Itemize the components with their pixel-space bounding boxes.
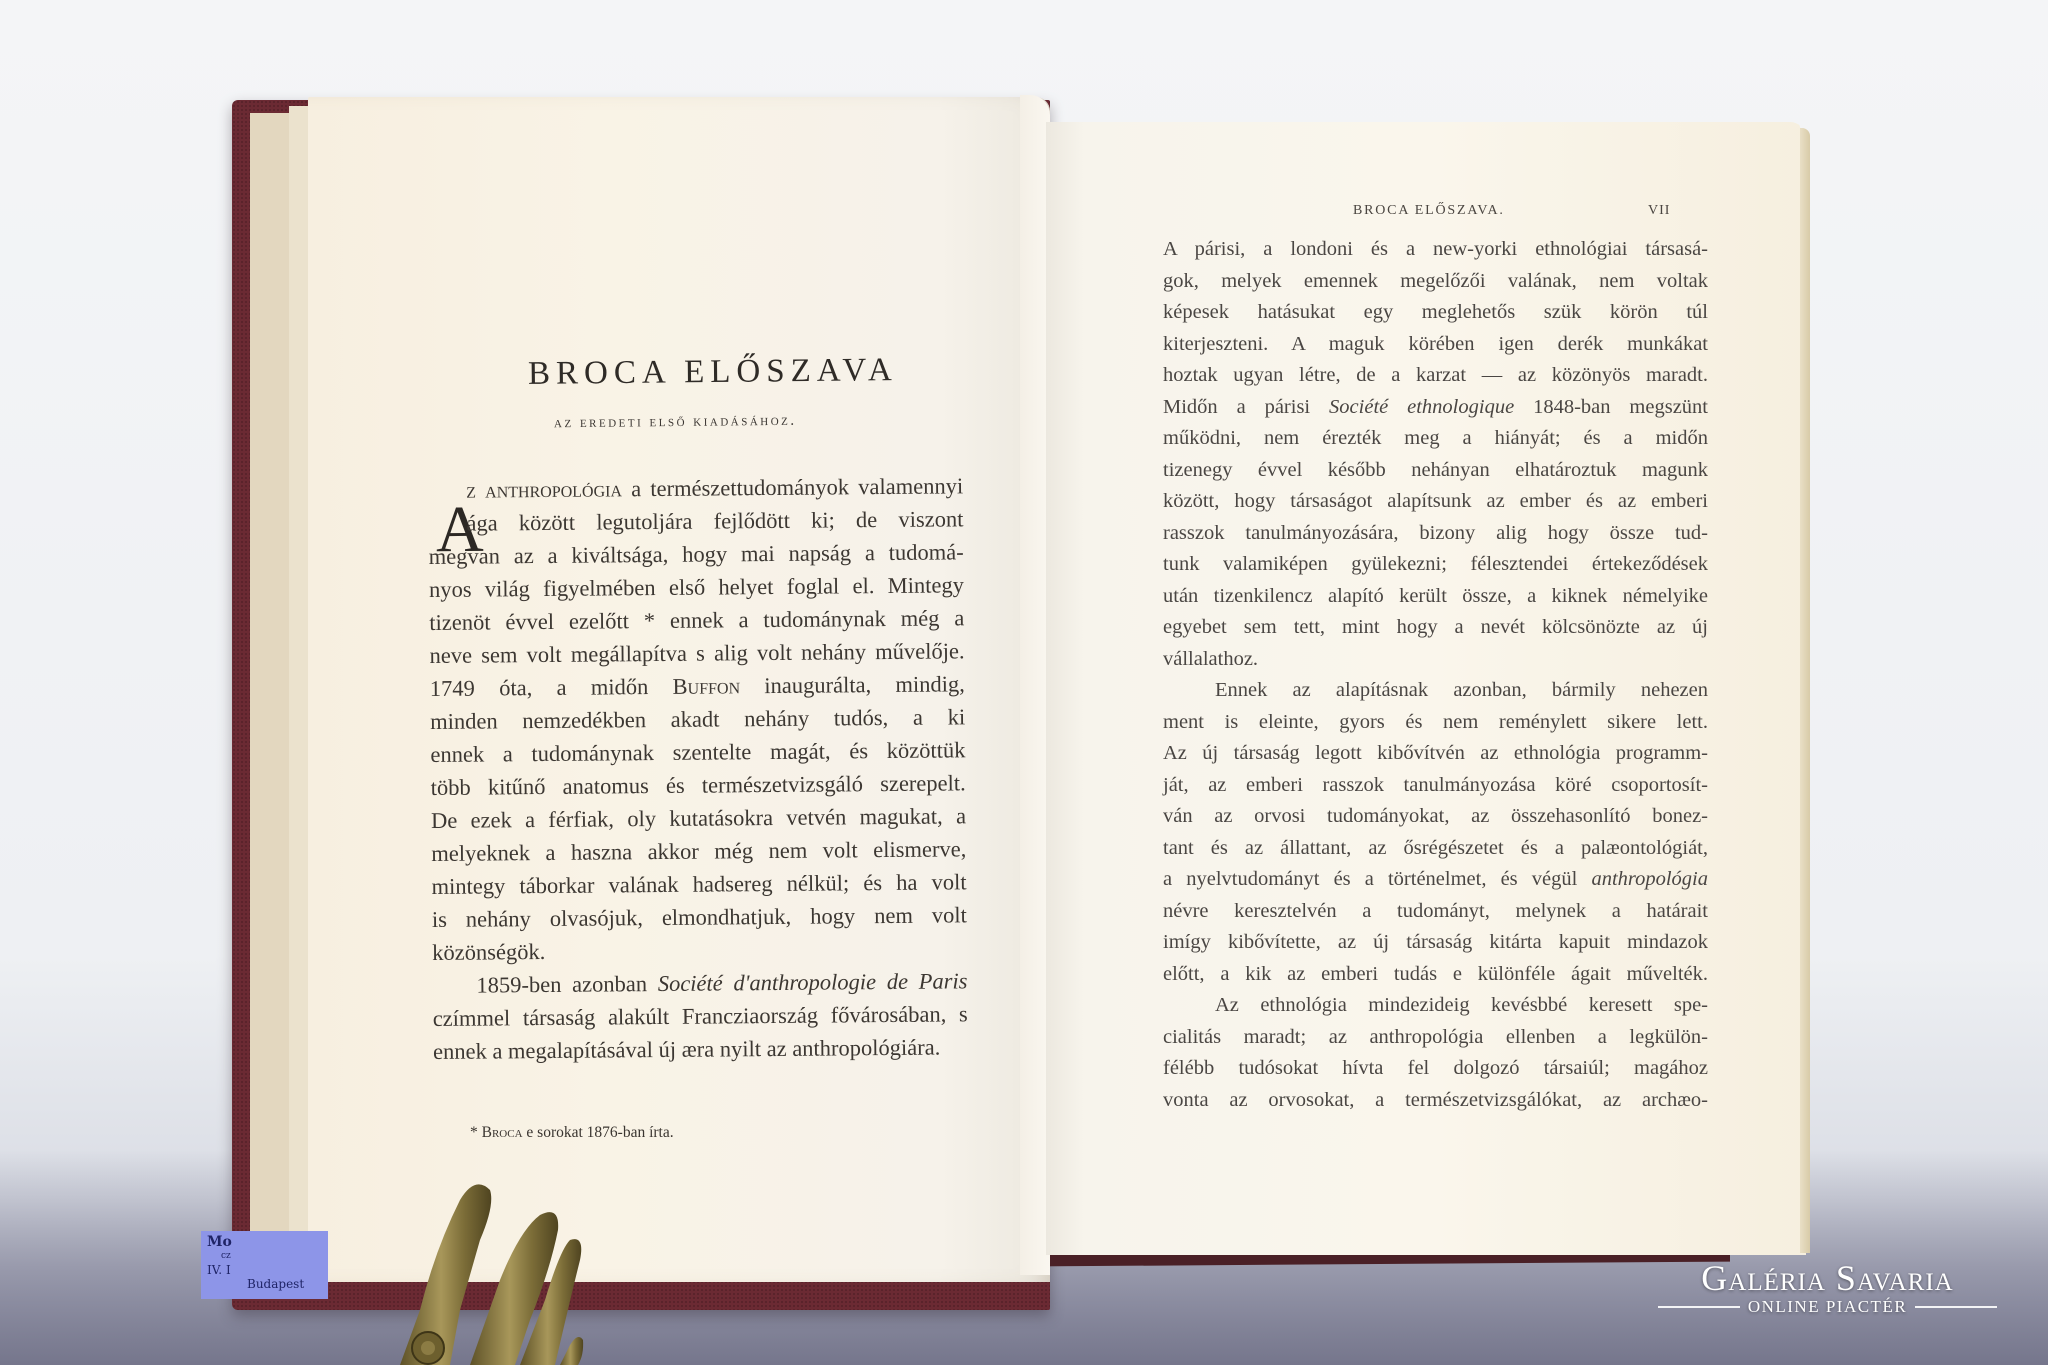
text-line: melyeknek a haszna akkor még nem volt el… (431, 832, 966, 870)
watermark-logo: Galéria Savaria ONLINE PIACTÉR (1655, 1260, 2000, 1316)
text-run: több kitűnő anatomus és természetvizsgál… (431, 770, 966, 800)
text-run: ment is eleinte, gyors és nem reménylett… (1163, 711, 1708, 733)
right-page-edge (1800, 128, 1810, 1253)
text-run: hoztak ugyan létre, de a karzat — az köz… (1163, 364, 1708, 386)
text-run: megvan az a kiváltsága, hogy mai napság … (429, 539, 964, 569)
text-line: megvan az a kiváltsága, hogy mai napság … (429, 535, 964, 573)
text-line: cialitás maradt; az anthropológia ellenb… (1163, 1022, 1708, 1054)
right-page-body-text: A párisi, a londoni és a new-yorki ethno… (1163, 234, 1708, 1116)
text-run: imígy kibővítette, az új társaság kitárt… (1163, 931, 1708, 953)
page-number: VII (1648, 203, 1670, 219)
text-run: inaugurálta, mindig, (740, 671, 965, 698)
text-run: ennek a megalapításával új æra nyilt az … (433, 1035, 941, 1064)
text-line: egyebet sem tett, mint hogy a nevét kölc… (1163, 612, 1708, 644)
watermark-rule (1915, 1306, 1997, 1308)
text-run: tizenöt évvel ezelőtt * ennek a tudomány… (429, 605, 964, 635)
text-line: között, hogy társaságot alapítsunk az em… (1163, 486, 1708, 518)
text-run: a természettudományok valamennyi (622, 473, 963, 501)
text-run: rasszok tanulmányozására, bizony alig ho… (1163, 522, 1708, 544)
library-label-line: cz (207, 1249, 322, 1263)
text-line: félébb tudósokat hívta fel dolgozó társa… (1163, 1053, 1708, 1085)
text-run: Buffon (673, 673, 741, 699)
text-line: ennek a megalapításával új æra nyilt az … (433, 1030, 968, 1068)
text-line: tizenegy évvel később nehányan elhatároz… (1163, 455, 1708, 487)
text-run: ennek a tudománynak szentelte magát, és … (430, 737, 965, 767)
footnote: * Broca e sorokat 1876-ban írta. (470, 1124, 674, 1142)
watermark-rule (1658, 1306, 1740, 1308)
text-run: egyebet sem tett, mint hogy a nevét kölc… (1163, 616, 1708, 638)
text-line: mintegy táborkar valának hadsereg nélkül… (431, 865, 966, 903)
text-run: 1848-ban megszünt (1514, 396, 1708, 418)
text-line: 1749 óta, a midőn Buffon inaugurálta, mi… (430, 667, 965, 705)
text-line: De ezek a férfiak, oly kutatásokra vetvé… (431, 799, 966, 837)
text-run: ága között legutoljára fejlődött ki; de … (466, 506, 963, 535)
text-line: ment is eleinte, gyors és nem reménylett… (1163, 707, 1708, 739)
text-run: a nyelvtudományt és a történelmet, és vé… (1163, 868, 1591, 890)
text-run: nyos világ figyelmében első helyet fogla… (429, 572, 964, 602)
text-run: kiterjeszteni. A maguk körében igen deré… (1163, 333, 1708, 355)
text-line: vállalathoz. (1163, 644, 1708, 676)
endpaper (250, 113, 291, 1298)
text-line: gok, melyek emennek megelőzői valának, n… (1163, 266, 1708, 298)
text-run: czímmel társaság alakúlt Francziaország … (433, 1001, 968, 1031)
text-run: után tizenkilencz alapító került össze, … (1163, 585, 1708, 607)
text-run: melyeknek a haszna akkor még nem volt el… (431, 836, 966, 866)
text-line: ját, az emberi rasszok tanulmányozása kö… (1163, 770, 1708, 802)
text-run: vonta az orvosokat, a természetvizsgálók… (1163, 1089, 1708, 1111)
text-line: imígy kibővítette, az új társaság kitárt… (1163, 927, 1708, 959)
text-line: Midőn a párisi Société ethnologique 1848… (1163, 392, 1708, 424)
text-line: kiterjeszteni. A maguk körében igen deré… (1163, 329, 1708, 361)
text-line: ennek a tudománynak szentelte magát, és … (430, 733, 965, 771)
text-run: anthropológia (1591, 868, 1708, 890)
text-line: vonta az orvosokat, a természetvizsgálók… (1163, 1085, 1708, 1117)
text-run: neve sem volt megállapítva s alig volt n… (429, 638, 964, 668)
text-line: hoztak ugyan létre, de a karzat — az köz… (1163, 360, 1708, 392)
left-page-gutter (1020, 95, 1050, 1275)
footnote-mark: * (470, 1124, 478, 1141)
library-label-line: IV. I (207, 1263, 322, 1277)
text-run: működni, nem érezték meg a hiányát; és a… (1163, 427, 1708, 449)
text-line: a nyelvtudományt és a történelmet, és vé… (1163, 864, 1708, 896)
library-label-line: Mo (207, 1235, 322, 1249)
text-run: tant és az állattant, az ősrégészetet és… (1163, 837, 1708, 859)
footnote-author: Broca (482, 1124, 523, 1141)
text-line: közönségök. (432, 931, 967, 969)
text-line: czímmel társaság alakúlt Francziaország … (433, 997, 968, 1035)
text-line: tunk valamiképen gyülekezni; félesztende… (1163, 549, 1708, 581)
text-line: ván az orvosi tudományokat, az összehaso… (1163, 801, 1708, 833)
text-run: z anthropológia (466, 476, 622, 502)
text-run: tunk valamiképen gyülekezni; félesztende… (1163, 553, 1708, 575)
text-line: működni, nem érezték meg a hiányát; és a… (1163, 423, 1708, 455)
text-line: z anthropológia a természettudományok va… (428, 469, 963, 507)
text-run: minden nemzedékben akadt nehány tudós, a… (430, 704, 965, 734)
text-run: tizenegy évvel később nehányan elhatároz… (1163, 459, 1708, 481)
text-line: minden nemzedékben akadt nehány tudós, a… (430, 700, 965, 738)
text-run: képesek hatásukat egy meglehetős szük kö… (1163, 301, 1708, 323)
text-line: neve sem volt megállapítva s alig volt n… (429, 634, 964, 672)
text-line: A párisi, a londoni és a new-yorki ethno… (1163, 234, 1708, 266)
text-line: ága között legutoljára fejlődött ki; de … (428, 502, 963, 540)
text-line: után tizenkilencz alapító került össze, … (1163, 581, 1708, 613)
text-line: rasszok tanulmányozására, bizony alig ho… (1163, 518, 1708, 550)
running-head: BROCA ELŐSZAVA. (1353, 203, 1505, 219)
text-run: 1859-ben azonban (476, 971, 658, 998)
text-line: nyos világ figyelmében első helyet fogla… (429, 568, 964, 606)
text-line: 1859-ben azonban Société d'anthropologie… (432, 964, 967, 1002)
text-run: között, hogy társaságot alapítsunk az em… (1163, 490, 1708, 512)
text-run: félébb tudósokat hívta fel dolgozó társa… (1163, 1057, 1708, 1079)
text-run: A párisi, a londoni és a new-yorki ethno… (1163, 238, 1708, 260)
text-run: cialitás maradt; az anthropológia ellenb… (1163, 1026, 1708, 1048)
watermark-subtitle: ONLINE PIACTÉR (1748, 1298, 1907, 1316)
text-line: tant és az állattant, az ősrégészetet és… (1163, 833, 1708, 865)
left-page-body-text: z anthropológia a természettudományok va… (428, 469, 968, 1068)
text-run: közönségök. (432, 939, 545, 965)
text-line: előtt, a kik az emberi tudás e különféle… (1163, 959, 1708, 991)
text-run: előtt, a kik az emberi tudás e különféle… (1163, 963, 1708, 985)
library-label: Mo cz IV. I Budapest (201, 1231, 328, 1299)
text-run: Ennek az alapításnak azonban, bármily ne… (1215, 679, 1708, 701)
text-line: Az ethnológia mindezideig kevésbbé keres… (1163, 990, 1708, 1022)
text-run: Az új társaság legott kibővítvén az ethn… (1163, 742, 1708, 764)
chapter-subtitle: az eredeti első kiadásához. (554, 413, 797, 433)
text-run: ját, az emberi rasszok tanulmányozása kö… (1163, 774, 1708, 796)
text-run: ván az orvosi tudományokat, az összehaso… (1163, 805, 1708, 827)
text-run: Midőn a párisi (1163, 396, 1329, 418)
text-line: Ennek az alapításnak azonban, bármily ne… (1163, 675, 1708, 707)
text-run: Az ethnológia mindezideig kevésbbé keres… (1215, 994, 1708, 1016)
text-run: 1749 óta, a midőn (430, 674, 673, 701)
text-run: is nehány olvasójuk, elmondhatjuk, hogy … (432, 902, 967, 932)
chapter-title: BROCA ELŐSZAVA (528, 352, 898, 393)
text-line: névre keresztelvén a tudományt, melynek … (1163, 896, 1708, 928)
text-line: több kitűnő anatomus és természetvizsgál… (431, 766, 966, 804)
footnote-text: e sorokat 1876-ban írta. (523, 1124, 674, 1141)
text-run: névre keresztelvén a tudományt, melynek … (1163, 900, 1708, 922)
text-run: Société ethnologique (1329, 396, 1514, 418)
text-line: tizenöt évvel ezelőtt * ennek a tudomány… (429, 601, 964, 639)
watermark-title: Galéria Savaria (1655, 1260, 2000, 1296)
brass-hand-icon (380, 1160, 700, 1365)
text-line: is nehány olvasójuk, elmondhatjuk, hogy … (432, 898, 967, 936)
text-run: Société d'anthropologie de Paris (658, 968, 968, 996)
text-run: vállalathoz. (1163, 648, 1258, 670)
text-line: képesek hatásukat egy meglehetős szük kö… (1163, 297, 1708, 329)
text-run: De ezek a férfiak, oly kutatásokra vetvé… (431, 803, 966, 833)
library-label-line: Budapest (207, 1277, 322, 1291)
text-line: Az új társaság legott kibővítvén az ethn… (1163, 738, 1708, 770)
text-run: gok, melyek emennek megelőzői valának, n… (1163, 270, 1708, 292)
text-run: mintegy táborkar valának hadsereg nélkül… (431, 869, 966, 899)
